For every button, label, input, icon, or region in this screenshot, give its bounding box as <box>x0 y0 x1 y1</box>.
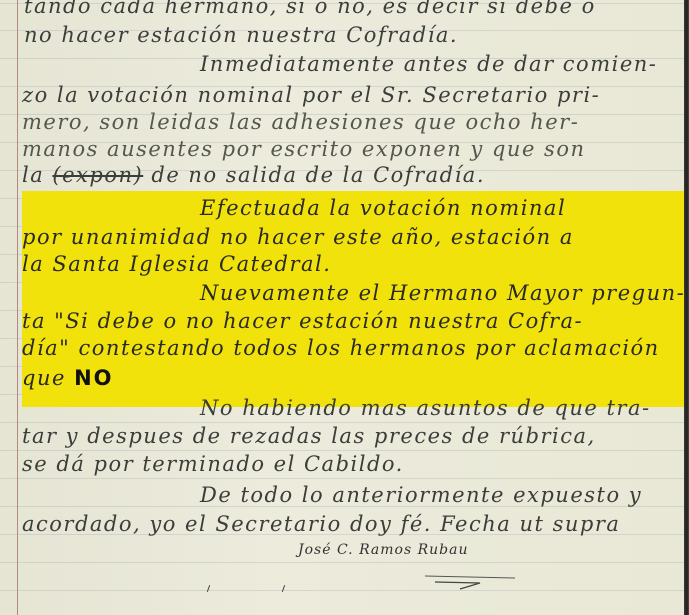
highlighted-line: la Santa Iglesia Catedral. <box>22 252 331 276</box>
text-line: manos ausentes por escrito exponen y que… <box>22 137 586 161</box>
margin-line <box>17 0 18 615</box>
text-fragment: la <box>22 163 52 187</box>
highlighted-line: ta "Si debe o no hacer estación nuestra … <box>22 309 583 333</box>
text-fragment: de no salida de la Cofradía. <box>143 163 485 187</box>
text-line: mero, son leidas las adhesiones que ocho… <box>22 110 579 134</box>
text-line: no hacer estación nuestra Cofradía. <box>24 23 458 47</box>
text-line: acordado, yo el Secretario doy fé. Fecha… <box>22 512 620 536</box>
highlighted-line: que NO <box>22 366 114 390</box>
page-edge <box>684 0 689 615</box>
document-page: tando cada hermano, si o no, es decir si… <box>0 0 684 615</box>
emphasis-no: NO <box>74 366 113 390</box>
highlighted-line: Efectuada la votación nominal <box>200 196 566 220</box>
text-line: No habiendo mas asuntos de que tra- <box>200 396 651 420</box>
text-line: tar y despues de rezadas las preces de r… <box>22 424 596 448</box>
text-line: Inmediatamente antes de dar comien- <box>200 52 657 76</box>
signature: José C. Ramos Rubau <box>298 542 469 558</box>
highlighted-line: por unanimidad no hacer este año, estaci… <box>22 225 574 249</box>
text-line: la (expon) de no salida de la Cofradía. <box>22 163 485 187</box>
highlighted-line: Nuevamente el Hermano Mayor pregun- <box>200 281 684 305</box>
highlighted-line: día" contestando todos los hermanos por … <box>22 336 660 360</box>
text-line: De todo lo anteriormente expuesto y <box>200 483 642 507</box>
text-line: se dá por terminado el Cabildo. <box>22 452 404 476</box>
struck-word: (expon) <box>52 163 143 187</box>
text-fragment: que <box>22 366 74 390</box>
text-line: zo la votación nominal por el Sr. Secret… <box>22 83 600 107</box>
signature-flourish-icon <box>420 573 520 593</box>
text-line: tando cada hermano, si o no, es decir si… <box>24 0 596 18</box>
